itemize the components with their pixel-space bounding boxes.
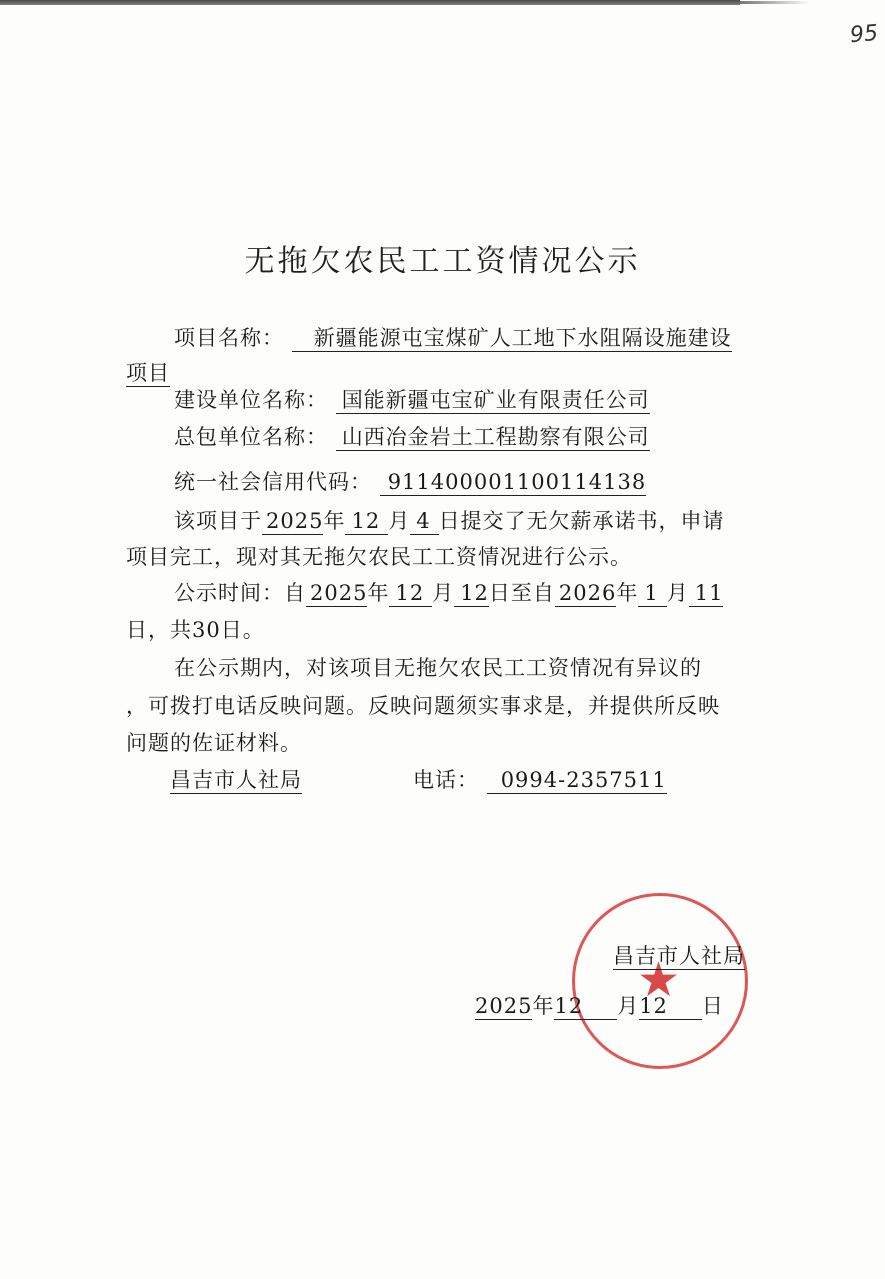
contractor-value: 山西冶金岩土工程勘察有限公司 (336, 425, 650, 451)
period-prefix: 公示时间：自 (174, 581, 306, 605)
submission-day: 4 (410, 509, 438, 535)
objection-line1: 在公示期内，对该项目无拖欠农民工工资情况有异议的 (174, 652, 702, 682)
year-unit: 年 (616, 581, 638, 605)
signature-year: 2025 (475, 994, 532, 1020)
credit-code-label: 统一社会信用代码： (174, 470, 372, 494)
official-seal: ★ (572, 893, 748, 1069)
project-name-value-line2: 项目 (126, 361, 170, 387)
period-start-day: 12 (454, 581, 489, 607)
project-name-value: 新疆能源屯宝煤矿人工地下水阻隔设施建设 (292, 326, 732, 352)
scan-top-edge (0, 0, 740, 5)
month-unit: 月 (667, 581, 689, 605)
project-name-continued: 项目 (126, 357, 170, 387)
submission-year: 2025 (262, 509, 323, 535)
builder-label: 建设单位名称： (174, 388, 328, 412)
phone-value: 0994-2357511 (487, 768, 667, 794)
contact-phone-row: 电话： 0994-2357511 (413, 764, 667, 794)
month-unit: 月 (617, 994, 639, 1018)
year-unit: 年 (323, 509, 345, 533)
year-unit: 年 (367, 581, 389, 605)
phone-label: 电话： (413, 768, 479, 792)
document-title: 无拖欠农民工工资情况公示 (0, 236, 885, 280)
scan-top-edge-fade (740, 1, 810, 4)
year-unit: 年 (532, 994, 554, 1018)
period-line2: 日，共30日。 (126, 614, 265, 644)
signature-month: 12 (554, 994, 617, 1020)
period-start-month: 12 (389, 581, 432, 607)
objection-line3: 问题的佐证材料。 (126, 727, 302, 757)
signature-day: 12 (639, 994, 702, 1020)
period-end-month: 1 (638, 581, 666, 607)
signature-org-text: 昌吉市人社局 (613, 944, 745, 970)
builder-row: 建设单位名称： 国能新疆屯宝矿业有限责任公司 (174, 384, 650, 414)
month-unit: 月 (388, 509, 410, 533)
month-unit: 月 (432, 581, 454, 605)
period-middle: 日至自 (489, 581, 555, 605)
signature-org: 昌吉市人社局 (613, 940, 745, 970)
builder-value: 国能新疆屯宝矿业有限责任公司 (336, 388, 650, 414)
submission-line1: 该项目于2025年12月4日提交了无欠薪承诺书，申请 (174, 505, 725, 535)
submission-prefix: 该项目于 (174, 509, 262, 533)
submission-line2: 项目完工，现对其无拖欠农民工工资情况进行公示。 (126, 541, 632, 571)
contractor-label: 总包单位名称： (174, 425, 328, 449)
credit-code-value: 911400001100114138 (380, 470, 647, 496)
submission-month: 12 (345, 509, 388, 535)
handwritten-page-number: 95 (849, 21, 879, 48)
period-end-day: 11 (689, 581, 724, 607)
project-name-label: 项目名称： (174, 326, 284, 350)
period-start-year: 2025 (306, 581, 367, 607)
contractor-row: 总包单位名称： 山西冶金岩土工程勘察有限公司 (174, 421, 650, 451)
submission-suffix: 日提交了无欠薪承诺书，申请 (439, 509, 725, 533)
credit-code-row: 统一社会信用代码： 911400001100114138 (174, 466, 646, 496)
period-line1: 公示时间：自2025年12月12日至自2026年1月11 (174, 577, 723, 607)
period-end-year: 2026 (555, 581, 616, 607)
objection-line2: ，可拨打电话反映问题。反映问题须实事求是，并提供所反映 (126, 690, 720, 720)
signature-date: 2025年12月12日 (475, 990, 724, 1020)
contact-org-text: 昌吉市人社局 (170, 768, 302, 794)
day-unit: 日 (702, 994, 724, 1018)
project-name-row: 项目名称： 新疆能源屯宝煤矿人工地下水阻隔设施建设 (174, 322, 732, 352)
contact-org: 昌吉市人社局 (170, 764, 302, 794)
